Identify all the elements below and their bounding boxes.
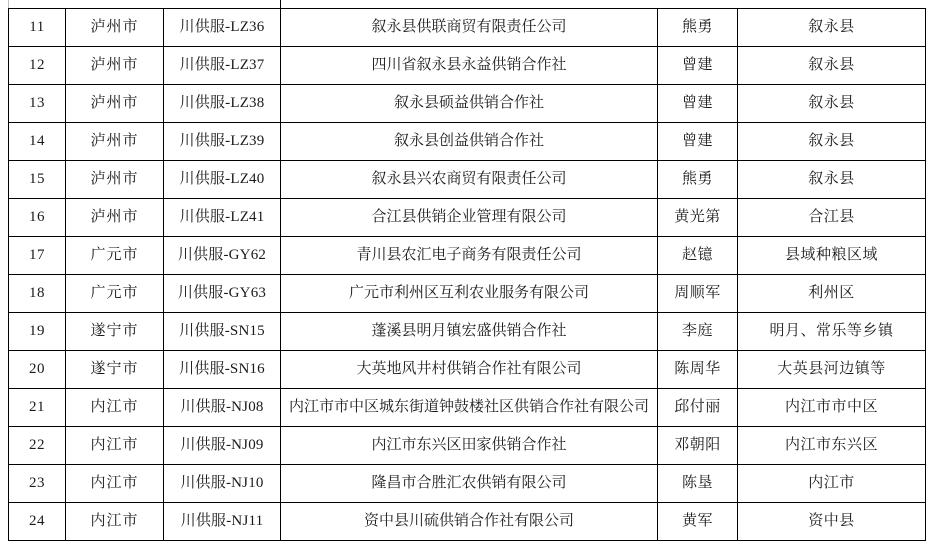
- row-number-cell: 17: [9, 237, 66, 275]
- service-region-cell: 内江市东兴区: [738, 427, 926, 465]
- company-name-cell: 隆昌市合胜汇农供销有限公司: [281, 465, 658, 503]
- table-row: 15 泸州市 川供服-LZ40 叙永县兴农商贸有限责任公司 熊勇 叙永县: [9, 161, 926, 199]
- service-region-cell: 明月、常乐等乡镇: [738, 313, 926, 351]
- contact-person-cell: 李庭: [658, 313, 738, 351]
- service-code-cell: 川供服-LZ37: [164, 47, 281, 85]
- row-number-cell: 13: [9, 85, 66, 123]
- contact-person-cell: 周顺军: [658, 275, 738, 313]
- row-number-cell: 24: [9, 503, 66, 541]
- contact-person-cell: 曾建: [658, 47, 738, 85]
- company-name-cell: 资中县川硫供销合作社有限公司: [281, 503, 658, 541]
- company-name-cell: 内江市市中区城东街道钟鼓楼社区供销合作社有限公司: [281, 389, 658, 427]
- table-row: 14 泸州市 川供服-LZ39 叙永县创益供销合作社 曾建 叙永县: [9, 123, 926, 161]
- table-row: 12 泸州市 川供服-LZ37 四川省叙永县永益供销合作社 曾建 叙永县: [9, 47, 926, 85]
- table-row: 17 广元市 川供服-GY62 青川县农汇电子商务有限责任公司 赵镱 县域种粮区…: [9, 237, 926, 275]
- city-cell: 泸州市: [66, 161, 164, 199]
- document-page: 11 泸州市 川供服-LZ36 叙永县供联商贸有限责任公司 熊勇 叙永县 12 …: [0, 0, 933, 552]
- table-row: 21 内江市 川供服-NJ08 内江市市中区城东街道钟鼓楼社区供销合作社有限公司…: [9, 389, 926, 427]
- table-row: 20 遂宁市 川供服-SN16 大英地风井村供销合作社有限公司 陈周华 大英县河…: [9, 351, 926, 389]
- city-cell: 内江市: [66, 389, 164, 427]
- service-region-cell: 叙永县: [738, 47, 926, 85]
- city-cell: 内江市: [66, 503, 164, 541]
- row-number-cell: 23: [9, 465, 66, 503]
- row-number-cell: 19: [9, 313, 66, 351]
- city-cell: 泸州市: [66, 9, 164, 47]
- company-name-cell: 叙永县兴农商贸有限责任公司: [281, 161, 658, 199]
- city-cell: 泸州市: [66, 123, 164, 161]
- contact-person-cell: 曾建: [658, 85, 738, 123]
- service-code-cell: 川供服-LZ36: [164, 9, 281, 47]
- service-region-cell: 叙永县: [738, 123, 926, 161]
- company-name-cell: 蓬溪县明月镇宏盛供销合作社: [281, 313, 658, 351]
- contact-person-cell: 黄军: [658, 503, 738, 541]
- row-number-cell: 20: [9, 351, 66, 389]
- service-region-cell: 内江市: [738, 465, 926, 503]
- supplier-registry-table: 11 泸州市 川供服-LZ36 叙永县供联商贸有限责任公司 熊勇 叙永县 12 …: [8, 8, 926, 541]
- service-code-cell: 川供服-GY63: [164, 275, 281, 313]
- company-name-cell: 四川省叙永县永益供销合作社: [281, 47, 658, 85]
- service-region-cell: 叙永县: [738, 161, 926, 199]
- service-region-cell: 内江市市中区: [738, 389, 926, 427]
- table-row: 19 遂宁市 川供服-SN15 蓬溪县明月镇宏盛供销合作社 李庭 明月、常乐等乡…: [9, 313, 926, 351]
- registry-table-body: 11 泸州市 川供服-LZ36 叙永县供联商贸有限责任公司 熊勇 叙永县 12 …: [9, 9, 926, 541]
- city-cell: 泸州市: [66, 47, 164, 85]
- contact-person-cell: 赵镱: [658, 237, 738, 275]
- service-code-cell: 川供服-NJ08: [164, 389, 281, 427]
- contact-person-cell: 黄光第: [658, 199, 738, 237]
- table-row: 11 泸州市 川供服-LZ36 叙永县供联商贸有限责任公司 熊勇 叙永县: [9, 9, 926, 47]
- service-code-cell: 川供服-SN15: [164, 313, 281, 351]
- table-row: 18 广元市 川供服-GY63 广元市利州区互利农业服务有限公司 周顺军 利州区: [9, 275, 926, 313]
- service-code-cell: 川供服-SN16: [164, 351, 281, 389]
- service-region-cell: 大英县河边镇等: [738, 351, 926, 389]
- city-cell: 泸州市: [66, 199, 164, 237]
- city-cell: 泸州市: [66, 85, 164, 123]
- table-row: 24 内江市 川供服-NJ11 资中县川硫供销合作社有限公司 黄军 资中县: [9, 503, 926, 541]
- company-name-cell: 大英地风井村供销合作社有限公司: [281, 351, 658, 389]
- service-code-cell: 川供服-GY62: [164, 237, 281, 275]
- contact-person-cell: 熊勇: [658, 9, 738, 47]
- company-name-cell: 叙永县硕益供销合作社: [281, 85, 658, 123]
- row-number-cell: 16: [9, 199, 66, 237]
- city-cell: 广元市: [66, 275, 164, 313]
- service-code-cell: 川供服-NJ10: [164, 465, 281, 503]
- company-name-cell: 内江市东兴区田家供销合作社: [281, 427, 658, 465]
- row-number-cell: 11: [9, 9, 66, 47]
- service-code-cell: 川供服-LZ39: [164, 123, 281, 161]
- table-row: 23 内江市 川供服-NJ10 隆昌市合胜汇农供销有限公司 陈垦 内江市: [9, 465, 926, 503]
- company-name-cell: 叙永县供联商贸有限责任公司: [281, 9, 658, 47]
- row-number-cell: 18: [9, 275, 66, 313]
- contact-person-cell: 邱付丽: [658, 389, 738, 427]
- company-name-cell: 合江县供销企业管理有限公司: [281, 199, 658, 237]
- city-cell: 广元市: [66, 237, 164, 275]
- service-region-cell: 叙永县: [738, 85, 926, 123]
- row-number-cell: 22: [9, 427, 66, 465]
- service-code-cell: 川供服-LZ40: [164, 161, 281, 199]
- company-name-cell: 广元市利州区互利农业服务有限公司: [281, 275, 658, 313]
- row-number-cell: 21: [9, 389, 66, 427]
- row-number-cell: 12: [9, 47, 66, 85]
- service-region-cell: 叙永县: [738, 9, 926, 47]
- company-name-cell: 叙永县创益供销合作社: [281, 123, 658, 161]
- service-code-cell: 川供服-LZ38: [164, 85, 281, 123]
- city-cell: 遂宁市: [66, 313, 164, 351]
- city-cell: 内江市: [66, 465, 164, 503]
- row-number-cell: 15: [9, 161, 66, 199]
- contact-person-cell: 陈周华: [658, 351, 738, 389]
- service-code-cell: 川供服-NJ09: [164, 427, 281, 465]
- contact-person-cell: 邓朝阳: [658, 427, 738, 465]
- contact-person-cell: 曾建: [658, 123, 738, 161]
- city-cell: 内江市: [66, 427, 164, 465]
- service-region-cell: 利州区: [738, 275, 926, 313]
- table-row: 13 泸州市 川供服-LZ38 叙永县硕益供销合作社 曾建 叙永县: [9, 85, 926, 123]
- city-cell: 遂宁市: [66, 351, 164, 389]
- row-number-cell: 14: [9, 123, 66, 161]
- table-row: 16 泸州市 川供服-LZ41 合江县供销企业管理有限公司 黄光第 合江县: [9, 199, 926, 237]
- contact-person-cell: 陈垦: [658, 465, 738, 503]
- service-code-cell: 川供服-NJ11: [164, 503, 281, 541]
- service-code-cell: 川供服-LZ41: [164, 199, 281, 237]
- service-region-cell: 合江县: [738, 199, 926, 237]
- table-row: 22 内江市 川供服-NJ09 内江市东兴区田家供销合作社 邓朝阳 内江市东兴区: [9, 427, 926, 465]
- service-region-cell: 资中县: [738, 503, 926, 541]
- contact-person-cell: 熊勇: [658, 161, 738, 199]
- service-region-cell: 县域种粮区域: [738, 237, 926, 275]
- company-name-cell: 青川县农汇电子商务有限责任公司: [281, 237, 658, 275]
